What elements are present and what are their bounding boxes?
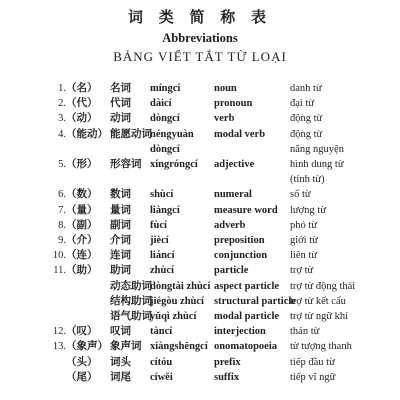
cell-vietnamese: tiếp vĩ ngữ — [290, 370, 396, 385]
title-vietnamese: BẢNG VIẾT TẮT TỪ LOẠI — [0, 48, 400, 65]
cell-chinese-word: 副词 — [110, 218, 150, 233]
cell-chinese-word: 连词 — [110, 248, 150, 263]
cell-number: 12. — [28, 324, 66, 339]
cell-pinyin: dòngcí — [150, 111, 214, 126]
cell-pinyin: jiégòu zhùcí — [150, 294, 214, 309]
cell-pinyin: míngcí — [150, 81, 214, 96]
table-row: 1.（名）名词míngcínoundanh từ — [28, 81, 396, 96]
cell-vietnamese: số từ — [290, 187, 396, 202]
cell-abbreviation: （能动） — [66, 127, 110, 142]
cell-number: 3. — [28, 111, 66, 126]
cell-abbreviation: （代） — [66, 96, 110, 111]
cell-abbreviation: （象声） — [66, 339, 110, 354]
cell-number — [28, 142, 66, 157]
cell-vietnamese: (tính từ) — [290, 172, 396, 187]
cell-abbreviation: （形） — [66, 157, 110, 172]
cell-abbreviation: （量） — [66, 203, 110, 218]
cell-vietnamese: động từ — [290, 111, 396, 126]
cell-english: aspect particle — [214, 279, 290, 294]
table-row: 10.（连）连词liáncíconjunctionliên từ — [28, 248, 396, 263]
cell-english: verb — [214, 111, 290, 126]
cell-number — [28, 370, 66, 385]
cell-pinyin: yǔqì zhùcí — [150, 309, 214, 324]
cell-chinese-word: 量词 — [110, 203, 150, 218]
cell-number: 8. — [28, 218, 66, 233]
cell-vietnamese: hình dung từ — [290, 157, 396, 172]
cell-number — [28, 355, 66, 370]
table-row: dòngcínăng nguyện — [28, 142, 396, 157]
cell-english — [214, 142, 290, 157]
cell-chinese-word: 象声词 — [110, 339, 150, 354]
table-row: 4.（能动）能愿动词néngyuànmodal verbđộng từ — [28, 127, 396, 142]
cell-abbreviation: （副） — [66, 218, 110, 233]
cell-number: 9. — [28, 233, 66, 248]
table-row: 8.（副）副词fùcíadverbphó từ — [28, 218, 396, 233]
cell-number: 1. — [28, 81, 66, 96]
cell-vietnamese: trợ từ kết cấu — [290, 294, 396, 309]
table-row: 12.（叹）叹词tàncíinterjectionthán từ — [28, 324, 396, 339]
cell-pinyin: tàncí — [150, 324, 214, 339]
cell-english: particle — [214, 263, 290, 278]
cell-english: suffix — [214, 370, 290, 385]
cell-chinese-word: 结构助词 — [110, 294, 150, 309]
cell-chinese-word: 词尾 — [110, 370, 150, 385]
cell-chinese-word: 名词 — [110, 81, 150, 96]
cell-pinyin: cítóu — [150, 355, 214, 370]
cell-english: noun — [214, 81, 290, 96]
cell-english: modal verb — [214, 127, 290, 142]
cell-vietnamese: đại từ — [290, 96, 396, 111]
cell-english: structural particle — [214, 294, 290, 309]
cell-chinese-word: 数词 — [110, 187, 150, 202]
cell-vietnamese: tiếp đầu từ — [290, 355, 396, 370]
table-row: 2.（代）代词dàicípronounđại từ — [28, 96, 396, 111]
cell-number — [28, 279, 66, 294]
cell-chinese-word: 动态助词 — [110, 279, 150, 294]
cell-pinyin — [150, 172, 214, 187]
cell-pinyin: dòngtài zhùcí — [150, 279, 214, 294]
cell-english — [214, 172, 290, 187]
cell-pinyin: liáncí — [150, 248, 214, 263]
cell-pinyin: shùcí — [150, 187, 214, 202]
cell-abbreviation: （连） — [66, 248, 110, 263]
cell-pinyin: néngyuàn — [150, 127, 214, 142]
cell-vietnamese: thán từ — [290, 324, 396, 339]
cell-vietnamese: lượng từ — [290, 203, 396, 218]
cell-vietnamese: phó từ — [290, 218, 396, 233]
cell-abbreviation: （数） — [66, 187, 110, 202]
cell-chinese-word: 词头 — [110, 355, 150, 370]
cell-english: conjunction — [214, 248, 290, 263]
table-row: 结构助词jiégòu zhùcístructural particletrợ t… — [28, 294, 396, 309]
page-header: 词 类 简 称 表 Abbreviations BẢNG VIẾT TẮT TỪ… — [0, 0, 400, 65]
cell-number: 4. — [28, 127, 66, 142]
table-row: (tính từ) — [28, 172, 396, 187]
cell-number: 7. — [28, 203, 66, 218]
table-row: 语气助词yǔqì zhùcímodal particletrợ từ ngữ k… — [28, 309, 396, 324]
table-row: 13.（象声）象声词xiàngshēngcíonomatopoeiatừ tượ… — [28, 339, 396, 354]
cell-pinyin: fùcí — [150, 218, 214, 233]
cell-vietnamese: giới từ — [290, 233, 396, 248]
title-chinese: 词 类 简 称 表 — [0, 8, 400, 28]
cell-number: 13. — [28, 339, 66, 354]
cell-number — [28, 294, 66, 309]
table-row: 动态助词dòngtài zhùcíaspect particletrợ từ đ… — [28, 279, 396, 294]
table-row: 9.（介）介词jiècíprepositiongiới từ — [28, 233, 396, 248]
cell-abbreviation — [66, 294, 110, 309]
cell-pinyin: xiàngshēngcí — [150, 339, 214, 354]
cell-chinese-word: 介词 — [110, 233, 150, 248]
cell-abbreviation — [66, 142, 110, 157]
cell-english: interjection — [214, 324, 290, 339]
title-english: Abbreviations — [0, 30, 400, 46]
cell-abbreviation: （动） — [66, 111, 110, 126]
cell-pinyin: jiècí — [150, 233, 214, 248]
cell-abbreviation: （叹） — [66, 324, 110, 339]
cell-abbreviation: （尾） — [66, 370, 110, 385]
cell-pinyin: dòngcí — [150, 142, 214, 157]
cell-pinyin: dàicí — [150, 96, 214, 111]
table-row: 11.（助）助词zhùcíparticletrợ từ — [28, 263, 396, 278]
cell-english: adjective — [214, 157, 290, 172]
cell-abbreviation: （头） — [66, 355, 110, 370]
table-row: （尾）词尾cíwěisuffixtiếp vĩ ngữ — [28, 370, 396, 385]
cell-abbreviation — [66, 172, 110, 187]
cell-vietnamese: liên từ — [290, 248, 396, 263]
cell-chinese-word: 助词 — [110, 263, 150, 278]
cell-vietnamese: trợ từ — [290, 263, 396, 278]
table-row: 7.（量）量词liàngcímeasure wordlượng từ — [28, 203, 396, 218]
table-row: （头）词头cítóuprefixtiếp đầu từ — [28, 355, 396, 370]
cell-english: pronoun — [214, 96, 290, 111]
cell-pinyin: zhùcí — [150, 263, 214, 278]
cell-english: numeral — [214, 187, 290, 202]
abbreviation-table: 1.（名）名词míngcínoundanh từ2.（代）代词dàicípron… — [28, 81, 396, 385]
cell-chinese-word: 形容词 — [110, 157, 150, 172]
cell-chinese-word — [110, 142, 150, 157]
cell-number: 10. — [28, 248, 66, 263]
cell-chinese-word: 代词 — [110, 96, 150, 111]
cell-english: preposition — [214, 233, 290, 248]
cell-vietnamese: trợ từ ngữ khí — [290, 309, 396, 324]
cell-abbreviation: （介） — [66, 233, 110, 248]
cell-chinese-word: 能愿动词 — [110, 127, 150, 142]
cell-pinyin: liàngcí — [150, 203, 214, 218]
cell-vietnamese: năng nguyện — [290, 142, 396, 157]
cell-chinese-word: 叹词 — [110, 324, 150, 339]
cell-english: measure word — [214, 203, 290, 218]
cell-pinyin: xíngróngcí — [150, 157, 214, 172]
cell-english: onomatopoeia — [214, 339, 290, 354]
cell-abbreviation — [66, 309, 110, 324]
cell-vietnamese: từ tượng thanh — [290, 339, 396, 354]
cell-number — [28, 309, 66, 324]
cell-english: modal particle — [214, 309, 290, 324]
cell-abbreviation: （助） — [66, 263, 110, 278]
cell-english: adverb — [214, 218, 290, 233]
table-row: 6.（数）数词shùcínumeralsố từ — [28, 187, 396, 202]
cell-vietnamese: danh từ — [290, 81, 396, 96]
table-row: 5.（形）形容词xíngróngcíadjectivehình dung từ — [28, 157, 396, 172]
cell-english: prefix — [214, 355, 290, 370]
document-page: 词 类 简 称 表 Abbreviations BẢNG VIẾT TẮT TỪ… — [0, 0, 400, 400]
cell-vietnamese: trợ từ động thái — [290, 279, 396, 294]
cell-number: 2. — [28, 96, 66, 111]
abbrev-table-body: 1.（名）名词míngcínoundanh từ2.（代）代词dàicípron… — [28, 81, 396, 385]
table-row: 3.（动）动词dòngcíverbđộng từ — [28, 111, 396, 126]
cell-number: 5. — [28, 157, 66, 172]
cell-chinese-word: 动词 — [110, 111, 150, 126]
cell-abbreviation — [66, 279, 110, 294]
cell-chinese-word: 语气助词 — [110, 309, 150, 324]
cell-number: 11. — [28, 263, 66, 278]
cell-chinese-word — [110, 172, 150, 187]
cell-pinyin: cíwěi — [150, 370, 214, 385]
cell-number — [28, 172, 66, 187]
cell-number: 6. — [28, 187, 66, 202]
cell-vietnamese: động từ — [290, 127, 396, 142]
cell-abbreviation: （名） — [66, 81, 110, 96]
